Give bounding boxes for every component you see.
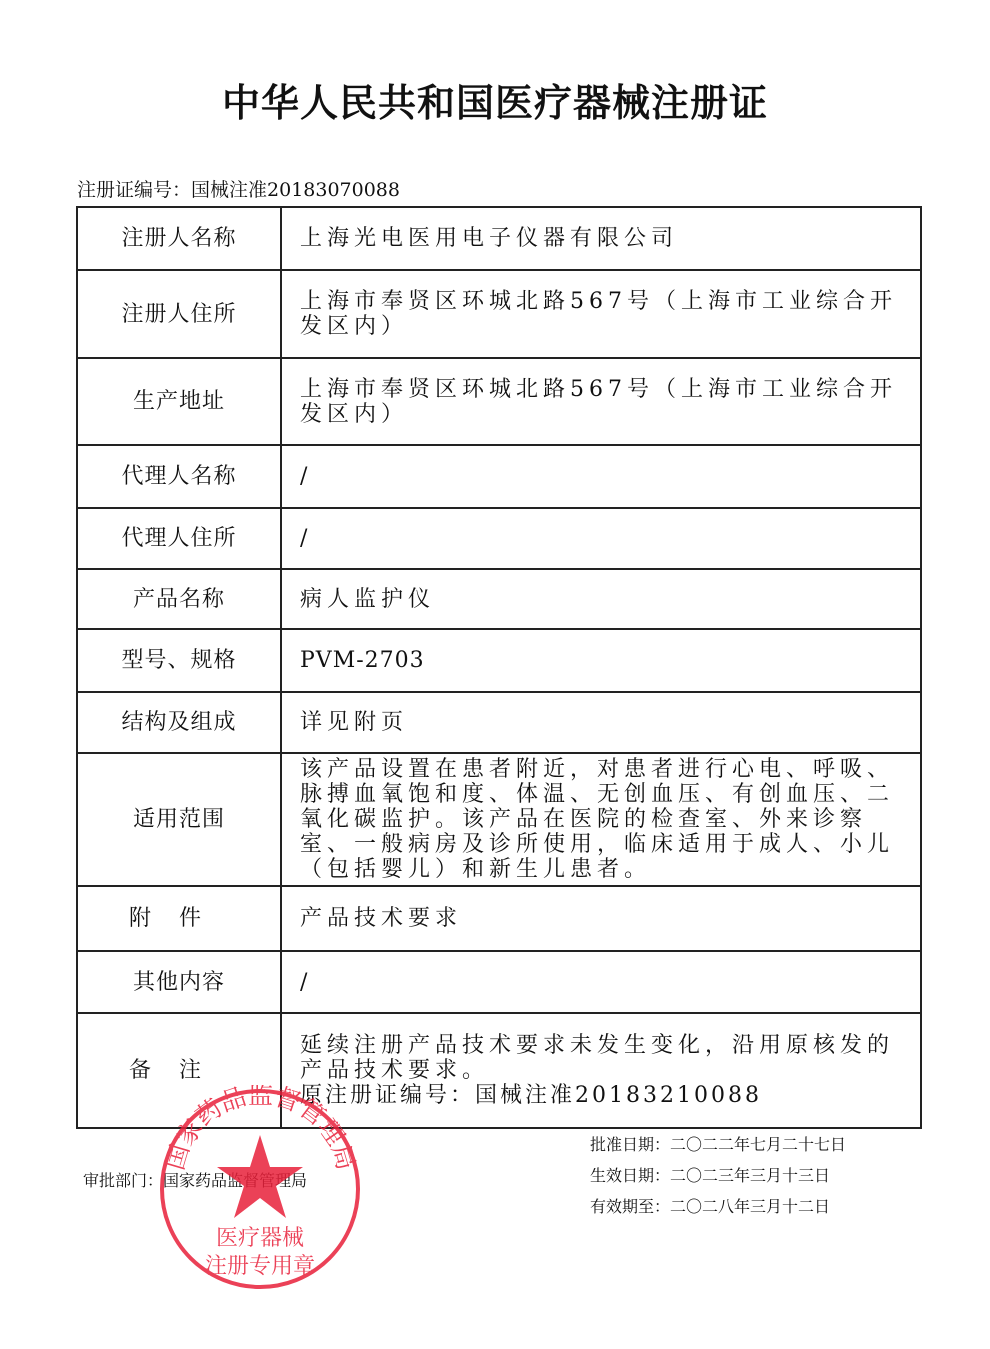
row-value: PVM-2703 bbox=[281, 629, 921, 692]
row-label: 注册人名称 bbox=[77, 207, 281, 270]
table-row-registrant-address: 注册人住所 上海市奉贤区环城北路567号（上海市工业综合开发区内） bbox=[77, 270, 921, 358]
row-value: 上海市奉贤区环城北路567号（上海市工业综合开发区内） bbox=[281, 270, 921, 358]
registration-number-value: 国械注准20183070088 bbox=[191, 179, 400, 201]
table-row-model-spec: 型号、规格 PVM-2703 bbox=[77, 629, 921, 692]
certificate-table: 注册人名称 上海光电医用电子仪器有限公司 注册人住所 上海市奉贤区环城北路567… bbox=[76, 206, 922, 1129]
approval-department-value: 国家药品监督管理局 bbox=[163, 1171, 307, 1190]
row-label: 产品名称 bbox=[77, 569, 281, 629]
original-registration-number: 原注册证编号：国械注准20183210088 bbox=[300, 1083, 906, 1108]
row-value: 上海市奉贤区环城北路567号（上海市工业综合开发区内） bbox=[281, 358, 921, 445]
table-row-agent-name: 代理人名称 / bbox=[77, 445, 921, 508]
row-value: 详见附页 bbox=[281, 692, 921, 753]
row-value: 该产品设置在患者附近，对患者进行心电、呼吸、脉搏血氧饱和度、体温、无创血压、有创… bbox=[281, 753, 921, 886]
registration-number-label: 注册证编号： bbox=[77, 179, 191, 201]
row-label: 附件 bbox=[77, 886, 281, 951]
valid-until: 有效期至：二〇二八年三月十二日 bbox=[590, 1195, 846, 1226]
row-value: 上海光电医用电子仪器有限公司 bbox=[281, 207, 921, 270]
table-row-product-name: 产品名称 病人监护仪 bbox=[77, 569, 921, 629]
table-row-agent-address: 代理人住所 / bbox=[77, 508, 921, 569]
stamp-line2: 注册专用章 bbox=[205, 1254, 315, 1279]
document-title: 中华人民共和国医疗器械注册证 bbox=[0, 72, 990, 127]
table-row-attachment: 附件 产品技术要求 bbox=[77, 886, 921, 951]
approval-date: 批准日期：二〇二二年七月二十七日 bbox=[590, 1133, 846, 1164]
row-label: 其他内容 bbox=[77, 951, 281, 1013]
remarks-text: 延续注册产品技术要求未发生变化，沿用原核发的产品技术要求。 bbox=[300, 1033, 906, 1083]
approval-department: 审批部门：国家药品监督管理局 bbox=[83, 1168, 307, 1191]
row-label: 适用范围 bbox=[77, 753, 281, 886]
row-value: 延续注册产品技术要求未发生变化，沿用原核发的产品技术要求。 原注册证编号：国械注… bbox=[281, 1013, 921, 1128]
row-label-text: 备注 bbox=[129, 1058, 229, 1083]
row-value: / bbox=[281, 951, 921, 1013]
valid-until-label: 有效期至： bbox=[590, 1197, 670, 1216]
effective-date: 生效日期：二〇二三年三月十三日 bbox=[590, 1164, 846, 1195]
row-label: 备注 bbox=[77, 1013, 281, 1128]
approval-date-value: 二〇二二年七月二十七日 bbox=[670, 1135, 846, 1154]
table-row-remarks: 备注 延续注册产品技术要求未发生变化，沿用原核发的产品技术要求。 原注册证编号：… bbox=[77, 1013, 921, 1128]
table-row-scope: 适用范围 该产品设置在患者附近，对患者进行心电、呼吸、脉搏血氧饱和度、体温、无创… bbox=[77, 753, 921, 886]
table-row-production-address: 生产地址 上海市奉贤区环城北路567号（上海市工业综合开发区内） bbox=[77, 358, 921, 445]
table-row-structure: 结构及组成 详见附页 bbox=[77, 692, 921, 753]
valid-until-value: 二〇二八年三月十二日 bbox=[670, 1197, 830, 1216]
effective-date-value: 二〇二三年三月十三日 bbox=[670, 1166, 830, 1185]
row-label-text: 附件 bbox=[129, 906, 229, 931]
dates-block: 批准日期：二〇二二年七月二十七日 生效日期：二〇二三年三月十三日 有效期至：二〇… bbox=[590, 1133, 846, 1226]
table-row-other: 其他内容 / bbox=[77, 951, 921, 1013]
row-label: 型号、规格 bbox=[77, 629, 281, 692]
stamp-line1: 医疗器械 bbox=[216, 1226, 304, 1251]
approval-department-label: 审批部门： bbox=[83, 1171, 163, 1190]
table-row-registrant-name: 注册人名称 上海光电医用电子仪器有限公司 bbox=[77, 207, 921, 270]
row-label: 代理人住所 bbox=[77, 508, 281, 569]
row-label: 结构及组成 bbox=[77, 692, 281, 753]
row-value: / bbox=[281, 445, 921, 508]
row-value: 病人监护仪 bbox=[281, 569, 921, 629]
registration-number: 注册证编号：国械注准20183070088 bbox=[77, 175, 400, 202]
row-value: / bbox=[281, 508, 921, 569]
row-label: 注册人住所 bbox=[77, 270, 281, 358]
row-value: 产品技术要求 bbox=[281, 886, 921, 951]
row-label: 生产地址 bbox=[77, 358, 281, 445]
effective-date-label: 生效日期： bbox=[590, 1166, 670, 1185]
row-label: 代理人名称 bbox=[77, 445, 281, 508]
approval-date-label: 批准日期： bbox=[590, 1135, 670, 1154]
